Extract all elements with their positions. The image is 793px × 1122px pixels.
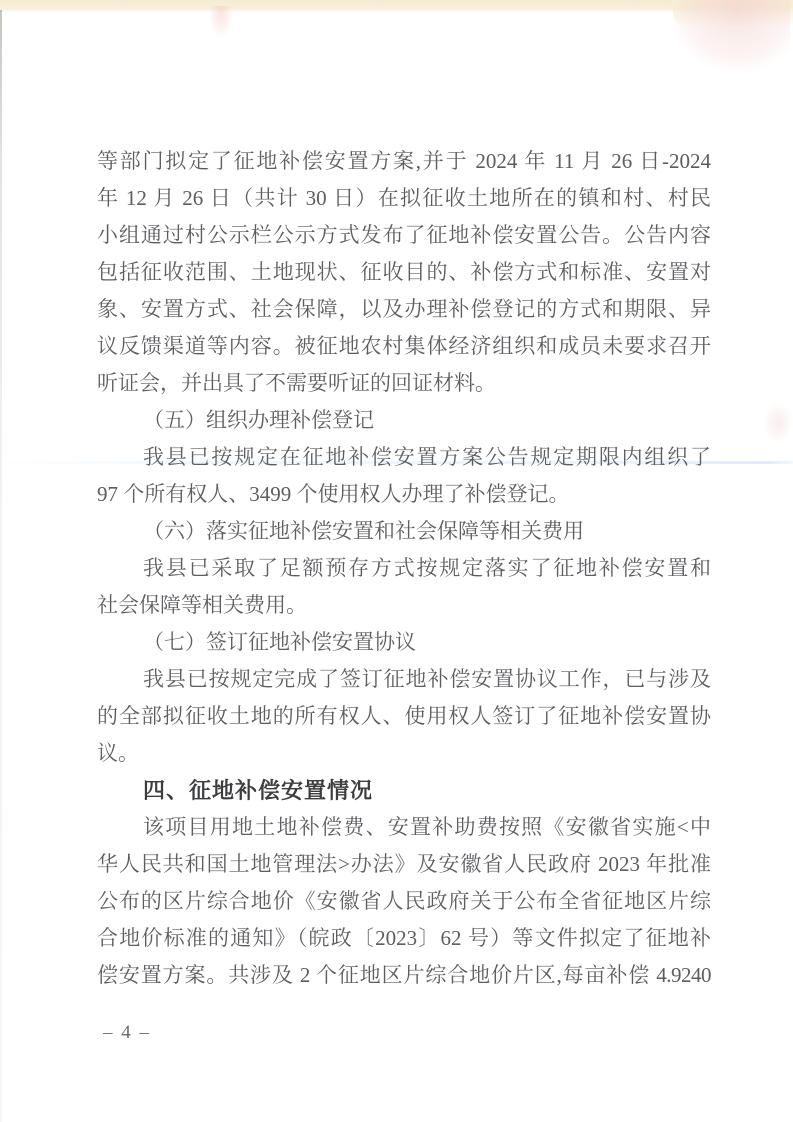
text-line: 年 12 月 26 日（共计 30 日）在拟征收土地所在的镇和村、村民 xyxy=(97,180,711,217)
text-line: 97 个所有权人、3499 个使用权人办理了补偿登记。 xyxy=(97,476,711,513)
scan-edge-top-right-band xyxy=(673,0,793,27)
page-number: – 4 – xyxy=(103,1018,151,1048)
text-line: 包括征收范围、土地现状、征收目的、补偿方式和标准、安置对 xyxy=(97,254,711,291)
text-line: 等部门拟定了征地补偿安置方案,并于 2024 年 11 月 26 日-2024 xyxy=(97,143,711,180)
text-line: （六）落实征地补偿安置和社会保障等相关费用 xyxy=(97,513,711,550)
text-line: 华人民共和国土地管理法>办法》及安徽省人民政府 2023 年批准 xyxy=(97,846,711,883)
text-line: 合地价标准的通知》（皖政〔2023〕62 号）等文件拟定了征地补 xyxy=(97,920,711,957)
text-line: 社会保障等相关费用。 xyxy=(97,587,711,624)
text-line: 议。 xyxy=(97,735,711,772)
text-line: （七）签订征地补偿安置协议 xyxy=(97,624,711,661)
text-line: 公布的区片综合地价《安徽省人民政府关于公布全省征地区片综 xyxy=(97,883,711,920)
text-line: 偿安置方案。共涉及 2 个征地区片综合地价片区,每亩补偿 4.9240 xyxy=(97,957,711,994)
scan-stain-drip xyxy=(206,6,236,64)
scanned-document-page: { "document": { "lines": [ {"text": "等部门… xyxy=(0,0,793,1122)
text-line: 的全部拟征收土地的所有权人、使用权人签订了征地补偿安置协 xyxy=(97,698,711,735)
text-line: 我县已采取了足额预存方式按规定落实了征地补偿安置和 xyxy=(97,550,711,587)
text-line: 该项目用地土地补偿费、安置补助费按照《安徽省实施<中 xyxy=(97,809,711,846)
scan-edge-left-shadow xyxy=(0,10,2,1122)
text-line: 象、安置方式、社会保障，以及办理补偿登记的方式和期限、异 xyxy=(97,291,711,328)
document-body: 等部门拟定了征地补偿安置方案,并于 2024 年 11 月 26 日-2024年… xyxy=(97,143,711,994)
text-line: 我县已按规定完成了签订征地补偿安置协议工作，已与涉及 xyxy=(97,661,711,698)
text-line: （五）组织办理补偿登记 xyxy=(97,402,711,439)
section-heading: 四、征地补偿安置情况 xyxy=(97,772,711,809)
text-line: 我县已按规定在征地补偿安置方案公告规定期限内组织了 xyxy=(97,439,711,476)
text-line: 议反馈渠道等内容。被征地农村集体经济组织和成员未要求召开 xyxy=(97,328,711,365)
scan-stain-right-mid xyxy=(756,398,793,453)
text-line: 听证会，并出具了不需要听证的回证材料。 xyxy=(97,365,711,402)
text-line: 小组通过村公示栏公示方式发布了征地补偿安置公告。公告内容 xyxy=(97,217,711,254)
